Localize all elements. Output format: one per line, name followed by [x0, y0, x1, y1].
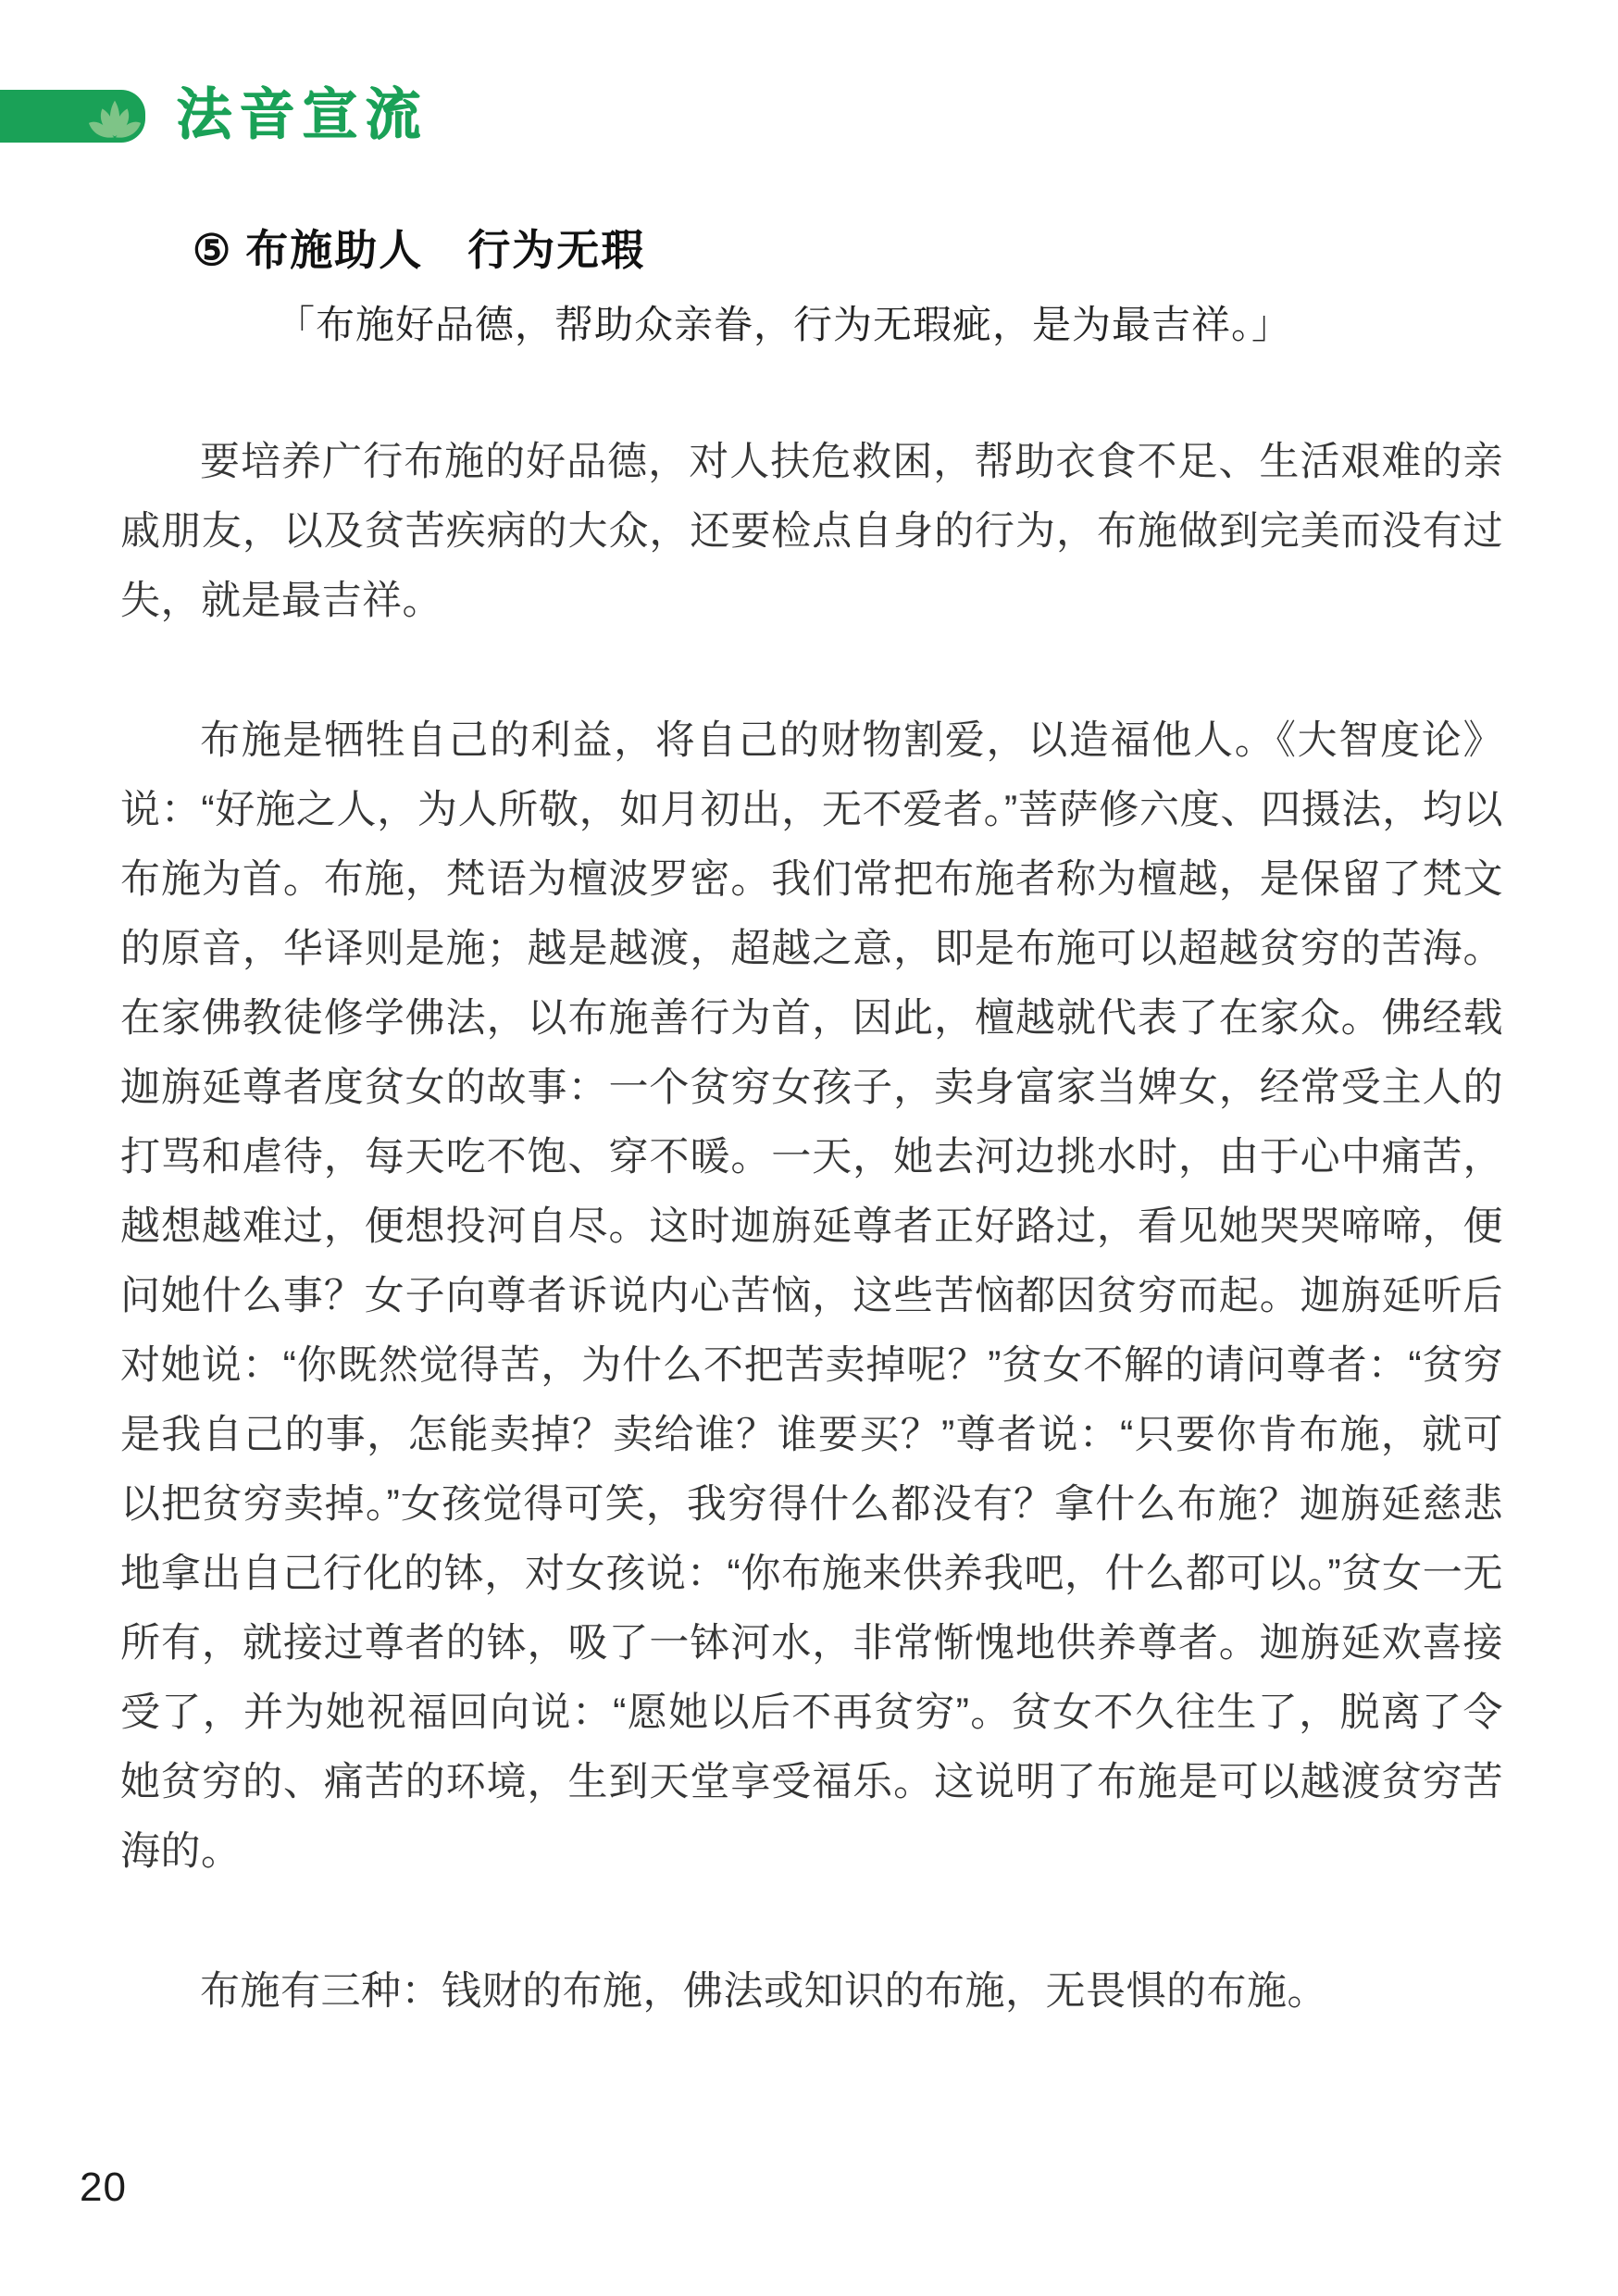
section-title: 布施助人 行为无瑕 — [245, 226, 645, 274]
page-number: 20 — [80, 2165, 127, 2211]
body-paragraph: 要培养广行布施的好品德，对人扶危救困，帮助衣食不足、生活艰难的亲戚朋友，以及贫苦… — [120, 428, 1503, 636]
body-text: 要培养广行布施的好品德，对人扶危救困，帮助衣食不足、生活艰难的亲戚朋友，以及贫苦… — [120, 428, 1503, 2027]
section-heading: ⑤布施助人 行为无瑕 — [193, 222, 645, 278]
lotus-icon — [86, 96, 143, 141]
brand-bar — [0, 90, 145, 143]
body-paragraph: 布施有三种：钱财的布施，佛法或知识的布施，无畏惧的布施。 — [120, 1957, 1503, 2027]
verse-quote: 「布施好品德，帮助众亲眷，行为无瑕疵，是为最吉祥。」 — [276, 298, 1291, 354]
section-number: ⑤ — [193, 226, 232, 274]
book-page: 法音宣流 ⑤布施助人 行为无瑕 「布施好品德，帮助众亲眷，行为无瑕疵，是为最吉祥… — [0, 0, 1618, 2296]
brand-title: 法音宣流 — [176, 85, 428, 144]
body-paragraph: 布施是牺牲自己的利益，将自己的财物割爱，以造福他人。《大智度论》说：“好施之人，… — [120, 706, 1503, 1887]
